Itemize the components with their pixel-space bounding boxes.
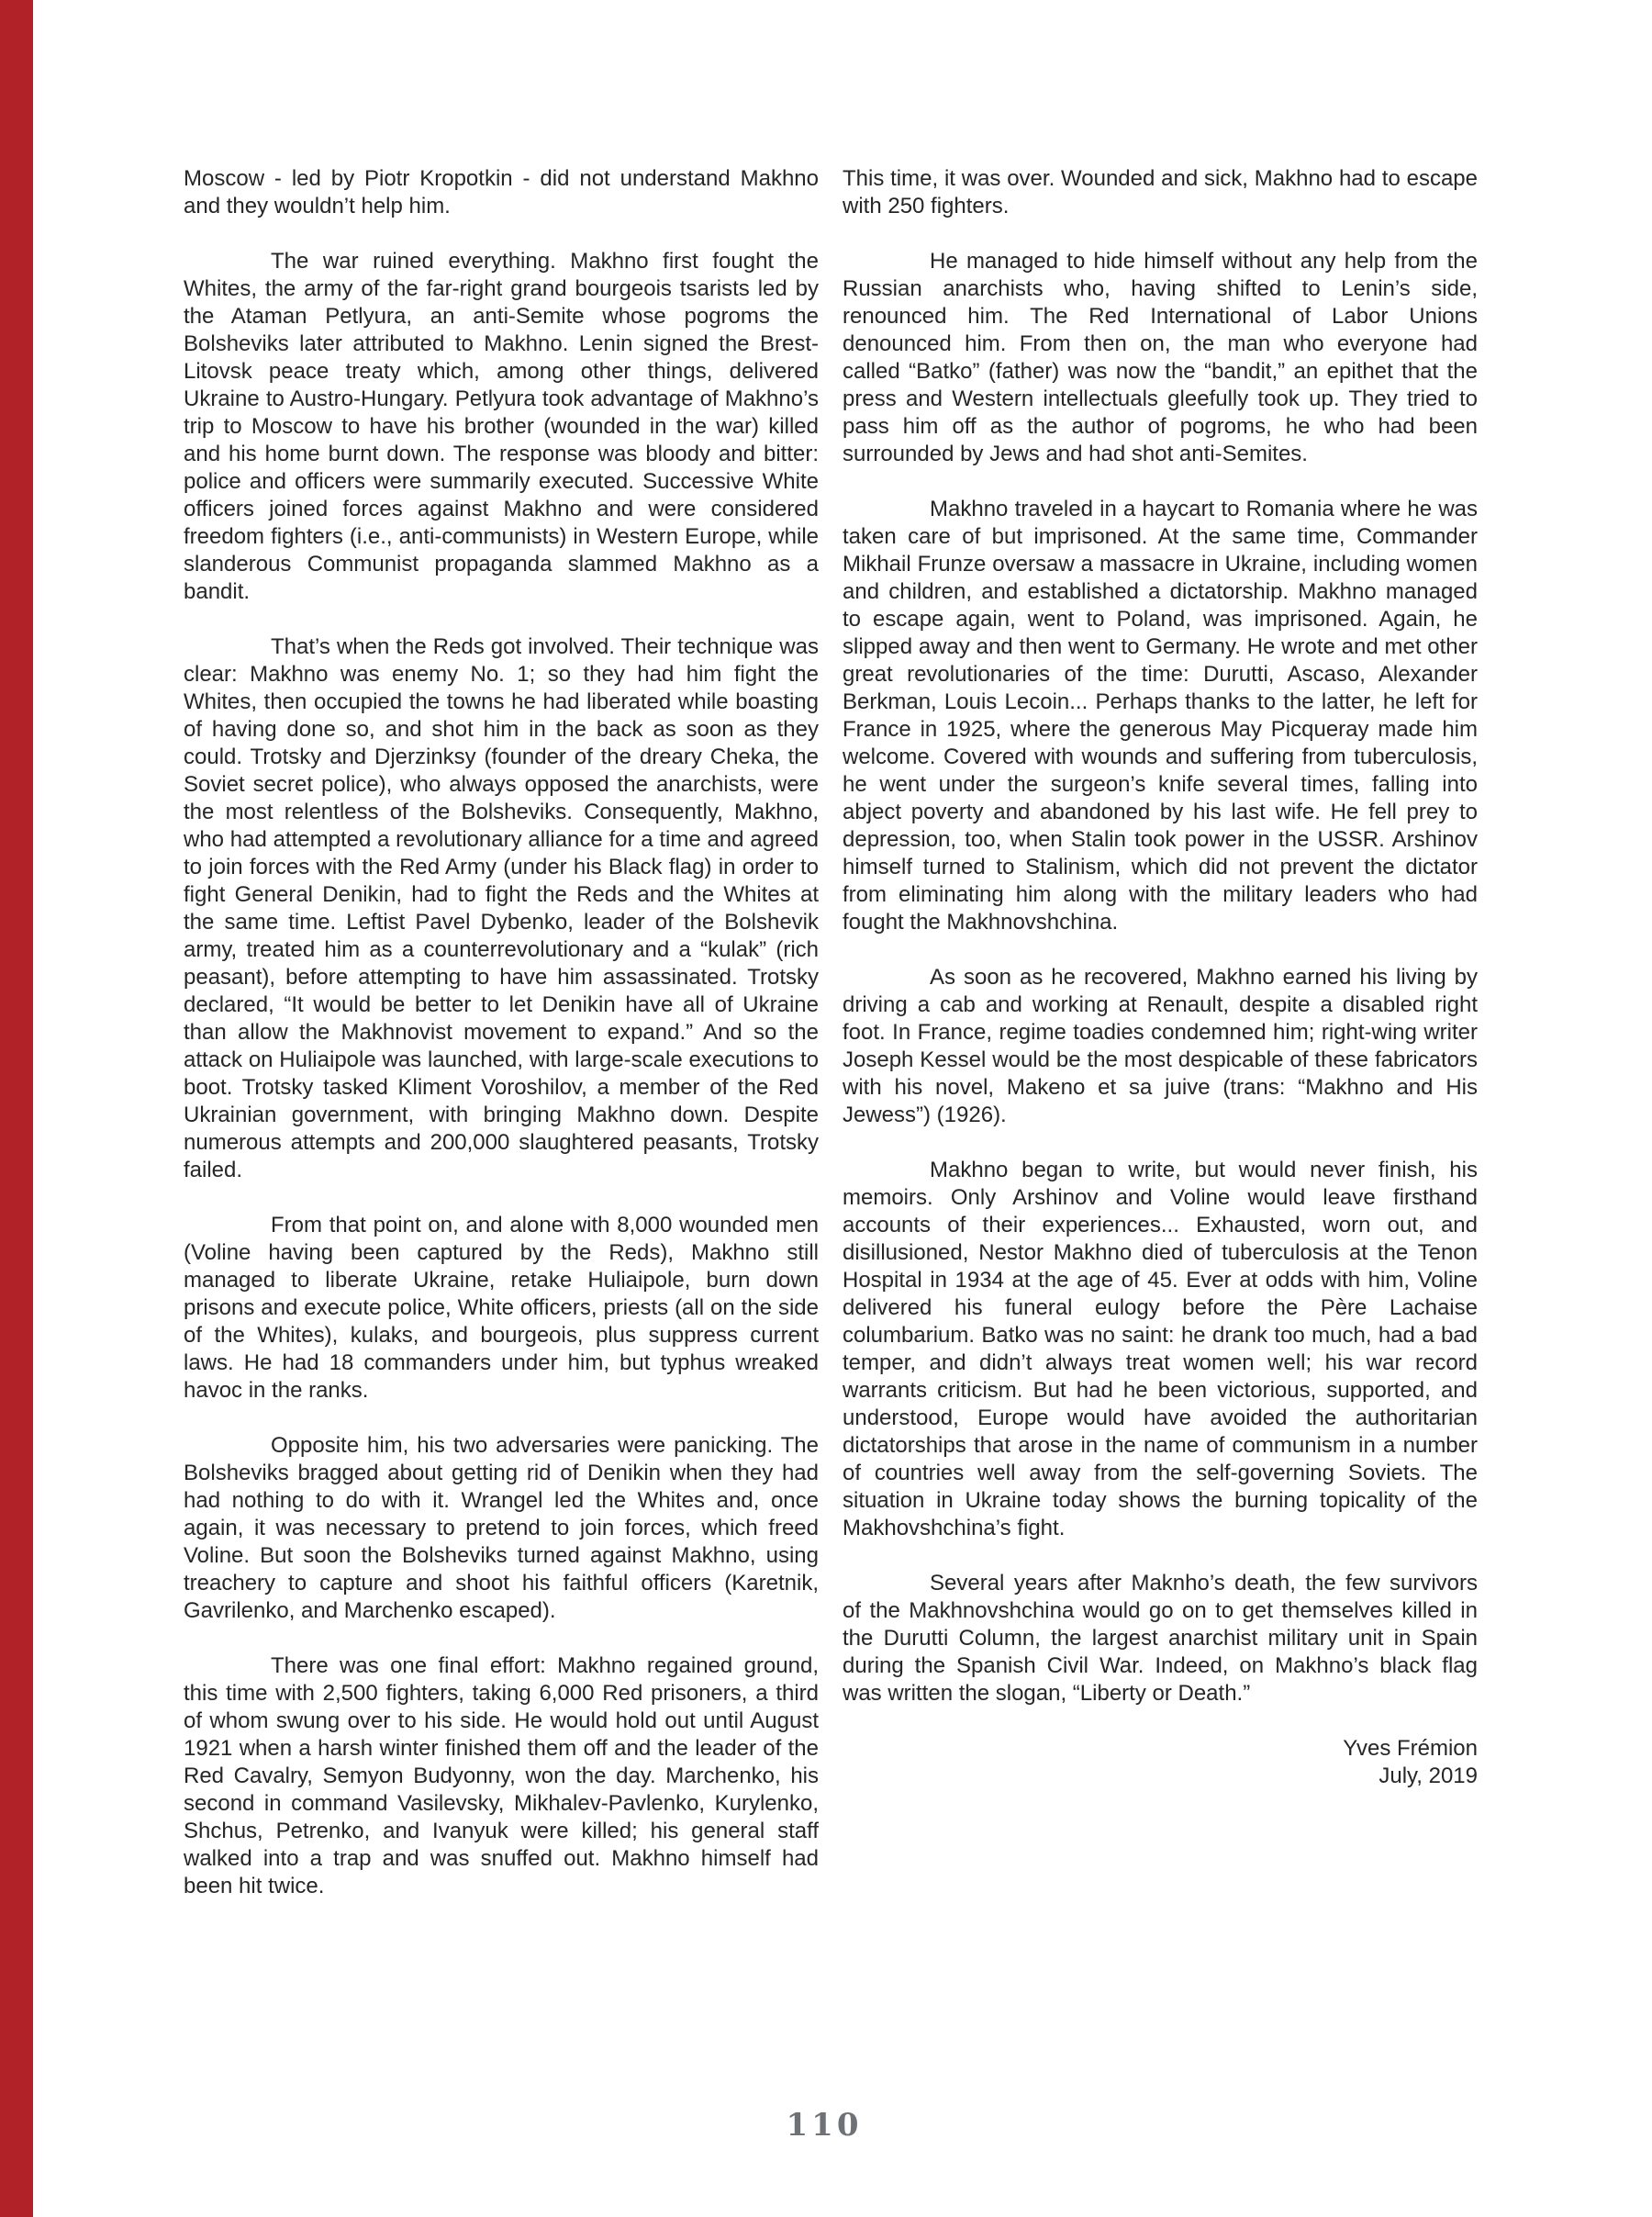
signature-line: July, 2019 bbox=[843, 1763, 1478, 1790]
body-paragraph: He managed to hide himself without any h… bbox=[843, 248, 1478, 468]
body-paragraph: Makhno traveled in a haycart to Romania … bbox=[843, 496, 1478, 936]
chapter-edge-bar bbox=[0, 0, 33, 2217]
body-paragraph: Several years after Maknho’s death, the … bbox=[843, 1570, 1478, 1708]
page-number: 110 bbox=[0, 2107, 1648, 2144]
body-paragraph: From that point on, and alone with 8,000… bbox=[184, 1212, 819, 1405]
body-paragraph: There was one final effort: Makhno regai… bbox=[184, 1652, 819, 1900]
text-column-left: Moscow - led by Piotr Kropotkin - did no… bbox=[184, 165, 819, 1928]
body-paragraph: Opposite him, his two adversaries were p… bbox=[184, 1432, 819, 1625]
body-paragraph: Moscow - led by Piotr Kropotkin - did no… bbox=[184, 165, 819, 220]
body-paragraph: This time, it was over. Wounded and sick… bbox=[843, 165, 1478, 220]
book-page: Moscow - led by Piotr Kropotkin - did no… bbox=[0, 0, 1652, 2217]
body-paragraph: The war ruined everything. Makhno first … bbox=[184, 248, 819, 606]
text-column-right: This time, it was over. Wounded and sick… bbox=[843, 165, 1478, 1790]
body-paragraph: Makhno began to write, but would never f… bbox=[843, 1157, 1478, 1542]
body-paragraph: As soon as he recovered, Makhno earned h… bbox=[843, 964, 1478, 1129]
body-paragraph: That’s when the Reds got involved. Their… bbox=[184, 633, 819, 1184]
author-signature: Yves FrémionJuly, 2019 bbox=[843, 1735, 1478, 1790]
signature-line: Yves Frémion bbox=[843, 1735, 1478, 1763]
